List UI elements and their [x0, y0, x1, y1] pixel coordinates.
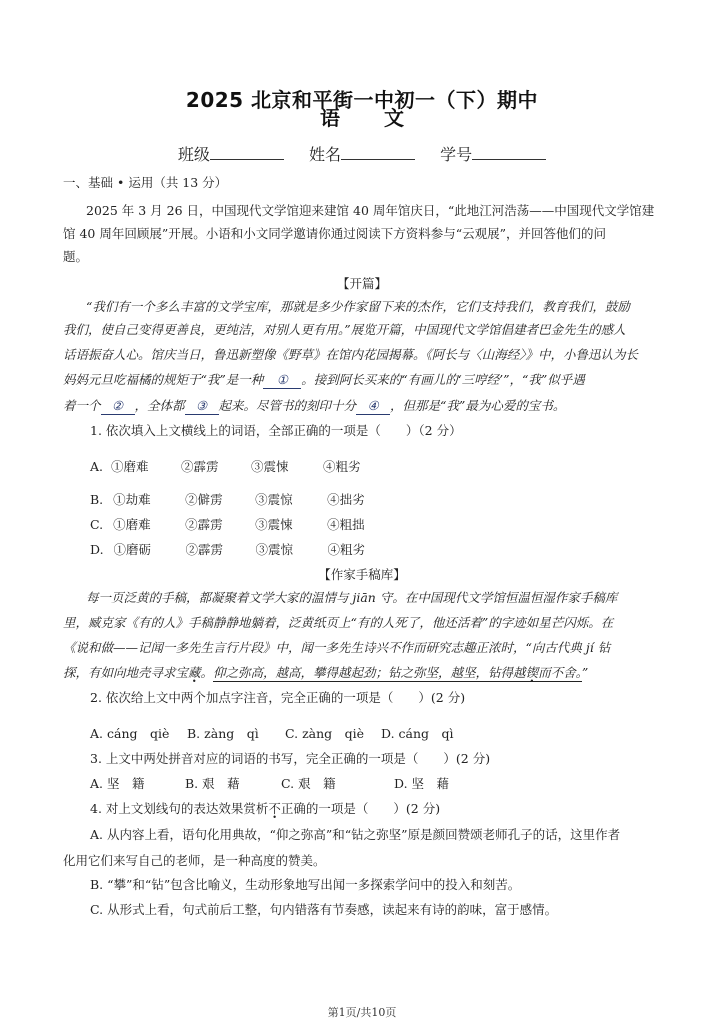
student-id-blank[interactable] — [472, 145, 546, 160]
fill-blank-3: ③ — [185, 398, 219, 415]
dotted-char-zang: 藏 — [188, 665, 201, 680]
manuscript-line-2: 里，臧克家《有的人》手稿静静地躺着，泛黄纸页上“有的人死了，他还活着”的字迹如星… — [63, 615, 613, 631]
q3-stem: 3. 上文中两处拼音对应的词语的书写，完全正确的一项是（ ）(2 分) — [90, 751, 490, 767]
q2-option-c[interactable]: C. zàng qiè — [285, 726, 381, 742]
exam-page: 2025 北京和平街一中初一（下）期中 语文 班级 姓名 学号 一、基础 • 运… — [0, 0, 724, 1024]
q1-option-c[interactable]: C. ①磨难②霹雳③震悚④粗拙 — [90, 517, 365, 533]
underlined-sentence: 仰之弥高，越高，攀得越起劲；钻之弥坚，越坚，钻得越锲而不舍。 — [213, 665, 582, 682]
q1-option-a[interactable]: A. ①磨难②霹雳③震悚④粗劣 — [90, 459, 361, 475]
kaipian-line-2: 我们，使自己变得更善良，更纯洁，对别人更有用。”展览开篇，中国现代文学馆倡建者巴… — [63, 322, 626, 338]
student-id-field[interactable]: 学号 — [440, 142, 546, 165]
q2-options: A. cáng qièB. zàng qìC. zàng qièD. cáng … — [90, 726, 454, 742]
fill-blank-4: ④ — [356, 398, 390, 415]
section-heading: 一、基础 • 运用（共 13 分） — [63, 175, 227, 191]
student-info-row: 班级 姓名 学号 — [0, 142, 724, 165]
kaipian-line-1: “我们有一个多么丰富的文学宝库，那就是多少作家留下来的杰作，它们支持我们，教育我… — [86, 299, 630, 315]
kaipian-line-5: 着一个②，全体都③起来。尽管书的刻印十分④，但那是“我”最为心爱的宝书。 — [63, 398, 565, 415]
q4-option-b[interactable]: B. “攀”和“钻”包含比喻义，生动形象地写出闻一多探索学问中的投入和刻苦。 — [90, 877, 520, 893]
fill-blank-1: ① — [263, 372, 301, 389]
q4-option-a[interactable]: A. 从内容上看，语句化用典故，“仰之弥高”和“钻之弥坚”原是颜回赞颂老师孔子的… — [90, 827, 620, 843]
q4-stem: 4. 对上文划线句的表达效果赏析不正确的一项是（ ）(2 分) — [90, 801, 440, 817]
subject-char-2: 文 — [384, 102, 404, 131]
q1-option-d[interactable]: D. ①磨砺②霹雳③震惊④粗劣 — [90, 542, 365, 558]
manuscript-line-1: 每一页泛黄的手稿，都凝聚着文学大家的温情与 jiān 守。在中国现代文学馆恒温恒… — [86, 590, 617, 606]
manuscript-line-4: 探，有如向地壳寻求宝藏。仰之弥高，越高，攀得越起劲；钻之弥坚，越坚，钻得越锲而不… — [63, 665, 588, 681]
subject-title: 语文 — [0, 102, 724, 131]
intro-line-1: 2025 年 3 月 26 日，中国现代文学馆迎来建馆 40 周年馆庆日，“此地… — [86, 203, 654, 219]
q1-stem: 1. 依次填入上文横线上的词语，全部正确的一项是（ ）（2 分） — [90, 423, 462, 439]
kaipian-line-4: 妈妈元旦吃福橘的规矩于“我”是一种①。接到阿长买来的“有画儿的‘三哼经’”，“我… — [63, 372, 585, 389]
q3-option-d[interactable]: D. 坚 藉 — [394, 776, 449, 792]
class-blank[interactable] — [210, 145, 284, 160]
class-field[interactable]: 班级 — [178, 142, 284, 165]
fill-blank-2: ② — [101, 398, 135, 415]
intro-line-3: 题。 — [63, 249, 88, 265]
q2-option-d[interactable]: D. cáng qì — [381, 726, 454, 742]
kaipian-line-3: 话语振奋人心。馆庆当日，鲁迅新塑像《野草》在馆内花园揭幕。《阿长与〈山海经〉》中… — [63, 347, 638, 363]
part-heading-kaipian: 【开篇】 — [0, 276, 724, 292]
q3-option-b[interactable]: B. 艰 藉 — [185, 776, 281, 792]
q4-option-c[interactable]: C. 从形式上看，句式前后工整，句内错落有节奏感，读起来有诗的韵味，富于感情。 — [90, 902, 557, 918]
q2-stem: 2. 依次给上文中两个加点字注音，完全正确的一项是（ ）(2 分) — [90, 690, 465, 706]
dotted-char-bu: 不 — [268, 801, 281, 816]
part-heading-manuscript: 【作家手稿库】 — [0, 567, 724, 583]
subject-char-1: 语 — [320, 102, 340, 131]
dotted-char-qie: 锲 — [526, 665, 539, 680]
q2-option-a[interactable]: A. cáng qiè — [90, 726, 187, 742]
q1-option-b[interactable]: B. ①劫难②僻雳③震惊④拙劣 — [90, 492, 365, 508]
q2-option-b[interactable]: B. zàng qì — [187, 726, 285, 742]
name-field[interactable]: 姓名 — [309, 142, 415, 165]
q3-options: A. 坚 籍B. 艰 藉C. 艰 籍D. 坚 藉 — [90, 776, 449, 792]
q3-option-a[interactable]: A. 坚 籍 — [90, 776, 185, 792]
intro-line-2: 馆 40 周年回顾展”开展。小语和小文同学邀请你通过阅读下方资料参与“云观展”，… — [63, 226, 606, 242]
page-number: 第1页/共10页 — [0, 1004, 724, 1020]
manuscript-line-3: 《说和做——记闻一多先生言行片段》中，闻一多先生诗兴不作而研究志趣正浓时，“向古… — [63, 640, 610, 656]
q3-option-c[interactable]: C. 艰 籍 — [281, 776, 394, 792]
q4-option-a-cont: 化用它们来写自己的老师，是一种高度的赞美。 — [63, 853, 326, 869]
name-blank[interactable] — [341, 145, 415, 160]
